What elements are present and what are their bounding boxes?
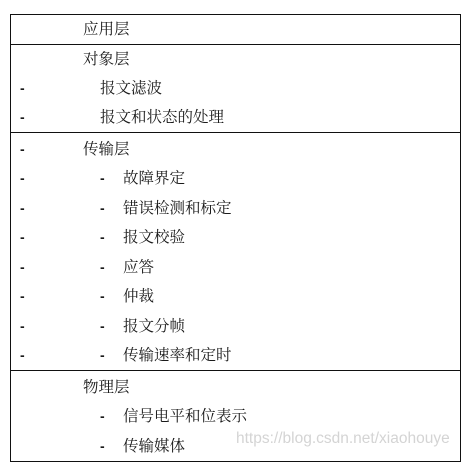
- dash-bullet: -: [100, 312, 105, 341]
- dash-bullet: -: [100, 282, 105, 311]
- item-label: 报文和状态的处理: [100, 103, 224, 132]
- dash-bullet: -: [100, 341, 105, 370]
- dash-bullet: -: [20, 103, 25, 132]
- dash-bullet: -: [20, 312, 25, 341]
- item-label: 传输媒体: [123, 432, 185, 461]
- item-label: 传输速率和定时: [123, 341, 232, 370]
- dash-bullet: -: [100, 402, 105, 431]
- item-label: 报文滤波: [100, 74, 162, 103]
- section-title: 传输层: [83, 135, 130, 164]
- list-item: - 报文滤波: [11, 74, 460, 103]
- item-label: 应答: [123, 253, 154, 282]
- section-transfer-layer: - 传输层 - - 故障界定 - - 错误检测和标定 - - 报文校验 - - …: [11, 132, 460, 371]
- section-title-row: - 传输层: [11, 135, 460, 164]
- item-label: 仲裁: [123, 282, 154, 311]
- list-item: - 信号电平和位表示: [11, 402, 460, 431]
- list-item: - 报文和状态的处理: [11, 103, 460, 132]
- item-label: 报文校验: [123, 223, 185, 252]
- dash-bullet: -: [20, 341, 25, 370]
- section-title-row: 应用层: [11, 15, 460, 44]
- list-item: - - 报文分帧: [11, 312, 460, 341]
- list-item: - - 应答: [11, 253, 460, 282]
- list-item: - - 报文校验: [11, 223, 460, 252]
- layer-table: 应用层 对象层 - 报文滤波 - 报文和状态的处理 - 传输层 - - 故障界定…: [10, 14, 461, 462]
- section-title: 物理层: [83, 373, 130, 402]
- dash-bullet: -: [20, 164, 25, 193]
- list-item: - - 传输速率和定时: [11, 341, 460, 370]
- dash-bullet: -: [20, 74, 25, 103]
- list-item: - - 故障界定: [11, 164, 460, 193]
- section-title: 对象层: [83, 45, 130, 74]
- dash-bullet: -: [100, 194, 105, 223]
- list-item: - - 错误检测和标定: [11, 194, 460, 223]
- list-item: - - 仲裁: [11, 282, 460, 311]
- section-title-row: 对象层: [11, 45, 460, 74]
- dash-bullet: -: [100, 253, 105, 282]
- dash-bullet: -: [20, 223, 25, 252]
- watermark-text: https://blog.csdn.net/xiaohouye: [236, 430, 450, 448]
- dash-bullet: -: [100, 223, 105, 252]
- section-title-row: 物理层: [11, 373, 460, 402]
- section-object-layer: 对象层 - 报文滤波 - 报文和状态的处理: [11, 44, 460, 133]
- section-title: 应用层: [83, 15, 130, 44]
- dash-bullet: -: [100, 432, 105, 461]
- dash-bullet: -: [20, 135, 25, 164]
- section-physical-layer: 物理层 - 信号电平和位表示 - 传输媒体: [11, 370, 460, 462]
- dash-bullet: -: [20, 253, 25, 282]
- dash-bullet: -: [20, 194, 25, 223]
- section-application-layer: 应用层: [11, 15, 460, 45]
- dash-bullet: -: [20, 282, 25, 311]
- item-label: 报文分帧: [123, 312, 185, 341]
- item-label: 信号电平和位表示: [123, 402, 247, 431]
- item-label: 故障界定: [123, 164, 185, 193]
- dash-bullet: -: [100, 164, 105, 193]
- item-label: 错误检测和标定: [123, 194, 232, 223]
